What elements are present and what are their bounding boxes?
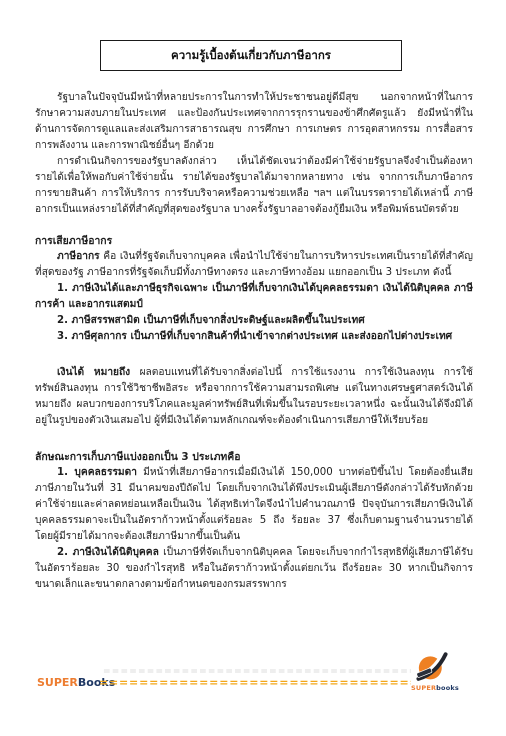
- document-body: รัฐบาลในปัจจุบันมีหน้าที่หลายประการในการ…: [35, 90, 473, 593]
- footer-logo-books: books: [436, 684, 459, 692]
- title-box: ความรู้เบื้องต้นเกี่ยวกับภาษีอากร: [100, 40, 402, 71]
- tax-type-item-customs: 3. ภาษีศุลกากร เป็นภาษีที่เก็บจากสินค้าท…: [35, 329, 473, 345]
- collection-item-personal-income: 1. บุคคลธรรมดา มีหน้าที่เสียภาษีอากรเมื่…: [35, 465, 473, 545]
- tax-type-item-excise: 2. ภาษีสรรพสามิต เป็นภาษีที่เก็บจากสิ่งป…: [35, 313, 473, 329]
- collection-item-personal-income-lead: 1. บุคคลธรรมดา: [57, 467, 137, 478]
- footer-logo-super: SUPER: [411, 684, 436, 692]
- heading-tax-collection-types: ลักษณะการเก็บภาษีแบ่งออกเป็น 3 ประเภทคือ: [35, 449, 473, 465]
- income-definition-paragraph: เงินได้ หมายถึง ผลตอบแทนที่ได้รับจากสิ่ง…: [35, 365, 473, 429]
- tax-type-item-income-and-specific-business: 1. ภาษีเงินได้และภาษีธุรกิจเฉพาะ เป็นภาษ…: [35, 281, 473, 313]
- intro-paragraph-government-revenue: การดำเนินกิจการของรัฐบาลดังกล่าว เห็นได้…: [35, 154, 473, 218]
- footer-separator: ========================================…: [99, 667, 411, 691]
- document-page: ความรู้เบื้องต้นเกี่ยวกับภาษีอากร รัฐบาล…: [0, 0, 506, 736]
- footer-separator-gold-line: ========================================…: [99, 676, 411, 690]
- collection-item-personal-income-text: มีหน้าที่เสียภาษีอากรเมื่อมีเงินได้ 150,…: [35, 467, 473, 542]
- collection-item-corporate-income-lead: 2. ภาษีเงินได้นิติบุคคล: [57, 547, 159, 558]
- footer-logo-wordmark: SUPERbooks: [411, 685, 453, 692]
- tax-definition-text: คือ เงินที่รัฐจัดเก็บจากบุคคล เพื่อนำไปใ…: [35, 251, 473, 278]
- collection-item-corporate-income: 2. ภาษีเงินได้นิติบุคคล เป็นภาษีที่จัดเก…: [35, 545, 473, 593]
- superbooks-logo-icon: [415, 650, 449, 684]
- heading-tax-payment: การเสียภาษีอากร: [35, 233, 473, 249]
- footer-logo: SUPERbooks: [411, 650, 453, 692]
- tax-definition-term: ภาษีอากร: [57, 251, 100, 262]
- intro-paragraph-government-duties: รัฐบาลในปัจจุบันมีหน้าที่หลายประการในการ…: [35, 90, 473, 154]
- page-title: ความรู้เบื้องต้นเกี่ยวกับภาษีอากร: [171, 47, 331, 65]
- income-definition-term: เงินได้ หมายถึง: [57, 367, 130, 378]
- tax-definition-paragraph: ภาษีอากร คือ เงินที่รัฐจัดเก็บจากบุคคล เ…: [35, 249, 473, 281]
- footer-brand-super: SUPER: [37, 676, 78, 689]
